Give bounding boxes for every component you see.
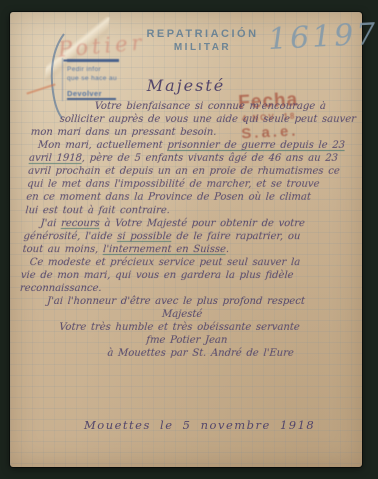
- letter-line: générosité, l'aide si possible de le fai…: [23, 230, 352, 243]
- routing-stamp-bar: [67, 59, 119, 62]
- registration-number: 16197: [267, 17, 369, 57]
- office-stamp-line-1: REPATRIACIÓN: [140, 27, 265, 41]
- underlined-phrase: si possible: [117, 231, 172, 242]
- letter-body: Votre bienfaisance si connue m'encourage…: [15, 100, 361, 360]
- scan-background: REPATRIACIÓN MILITAR 16197 Potier Pedir …: [0, 0, 378, 479]
- dateline: Mouettes le 5 novembre 1918: [84, 418, 315, 432]
- letter-line: Votre bienfaisance si connue m'encourage…: [32, 100, 361, 113]
- letter-line: en ce moment dans la Province de Posen o…: [26, 191, 355, 204]
- letter-line: J'ai recours à Votre Majesté pour obteni…: [24, 217, 353, 230]
- letter-line: à Mouettes par St. André de l'Eure: [15, 347, 344, 360]
- letter-line: avril 1918, père de 5 enfants vivants âg…: [29, 152, 358, 165]
- letter-line: lui est tout à fait contraire.: [25, 204, 354, 217]
- letter-line: Mon mari, actuellement prisonnier de gue…: [29, 139, 358, 152]
- letter-line: J'ai l'honneur d'être avec le plus profo…: [19, 295, 348, 308]
- letter-line: Votre très humble et très obéissante ser…: [17, 321, 346, 334]
- letter-sheet: REPATRIACIÓN MILITAR 16197 Potier Pedir …: [10, 12, 362, 467]
- letter-line: Ce modeste et précieux service peut seul…: [21, 256, 350, 269]
- underlined-phrase: l'internement en Suisse: [103, 244, 227, 255]
- salutation: Majesté: [10, 76, 362, 95]
- letter-line: tout au moins, l'internement en Suisse.: [22, 243, 351, 256]
- underlined-phrase: avril 1918: [29, 153, 83, 164]
- letter-line: solliciter auprès de vous une aide qui s…: [31, 113, 360, 126]
- office-stamp-line-2: MILITAR: [140, 41, 265, 55]
- letter-line: vie de mon mari, qui vous en gardera la …: [20, 269, 349, 282]
- letter-line: mon mari dans un pressant besoin.: [30, 126, 359, 139]
- letter-line: avril prochain et depuis un an en proie …: [28, 165, 357, 178]
- underlined-phrase: recours: [61, 218, 100, 229]
- letter-line: reconnaissance.: [19, 282, 348, 295]
- letter-line: qui le met dans l'impossibilité de march…: [27, 178, 356, 191]
- letter-line: Majesté: [18, 308, 347, 321]
- underlined-phrase: prisonnier de guerre depuis le 23: [167, 140, 345, 151]
- routing-stamp-line: Pedir infor: [67, 65, 139, 74]
- letter-line: fme Potier Jean: [16, 334, 345, 347]
- repatriacion-militar-stamp: REPATRIACIÓN MILITAR: [140, 27, 265, 55]
